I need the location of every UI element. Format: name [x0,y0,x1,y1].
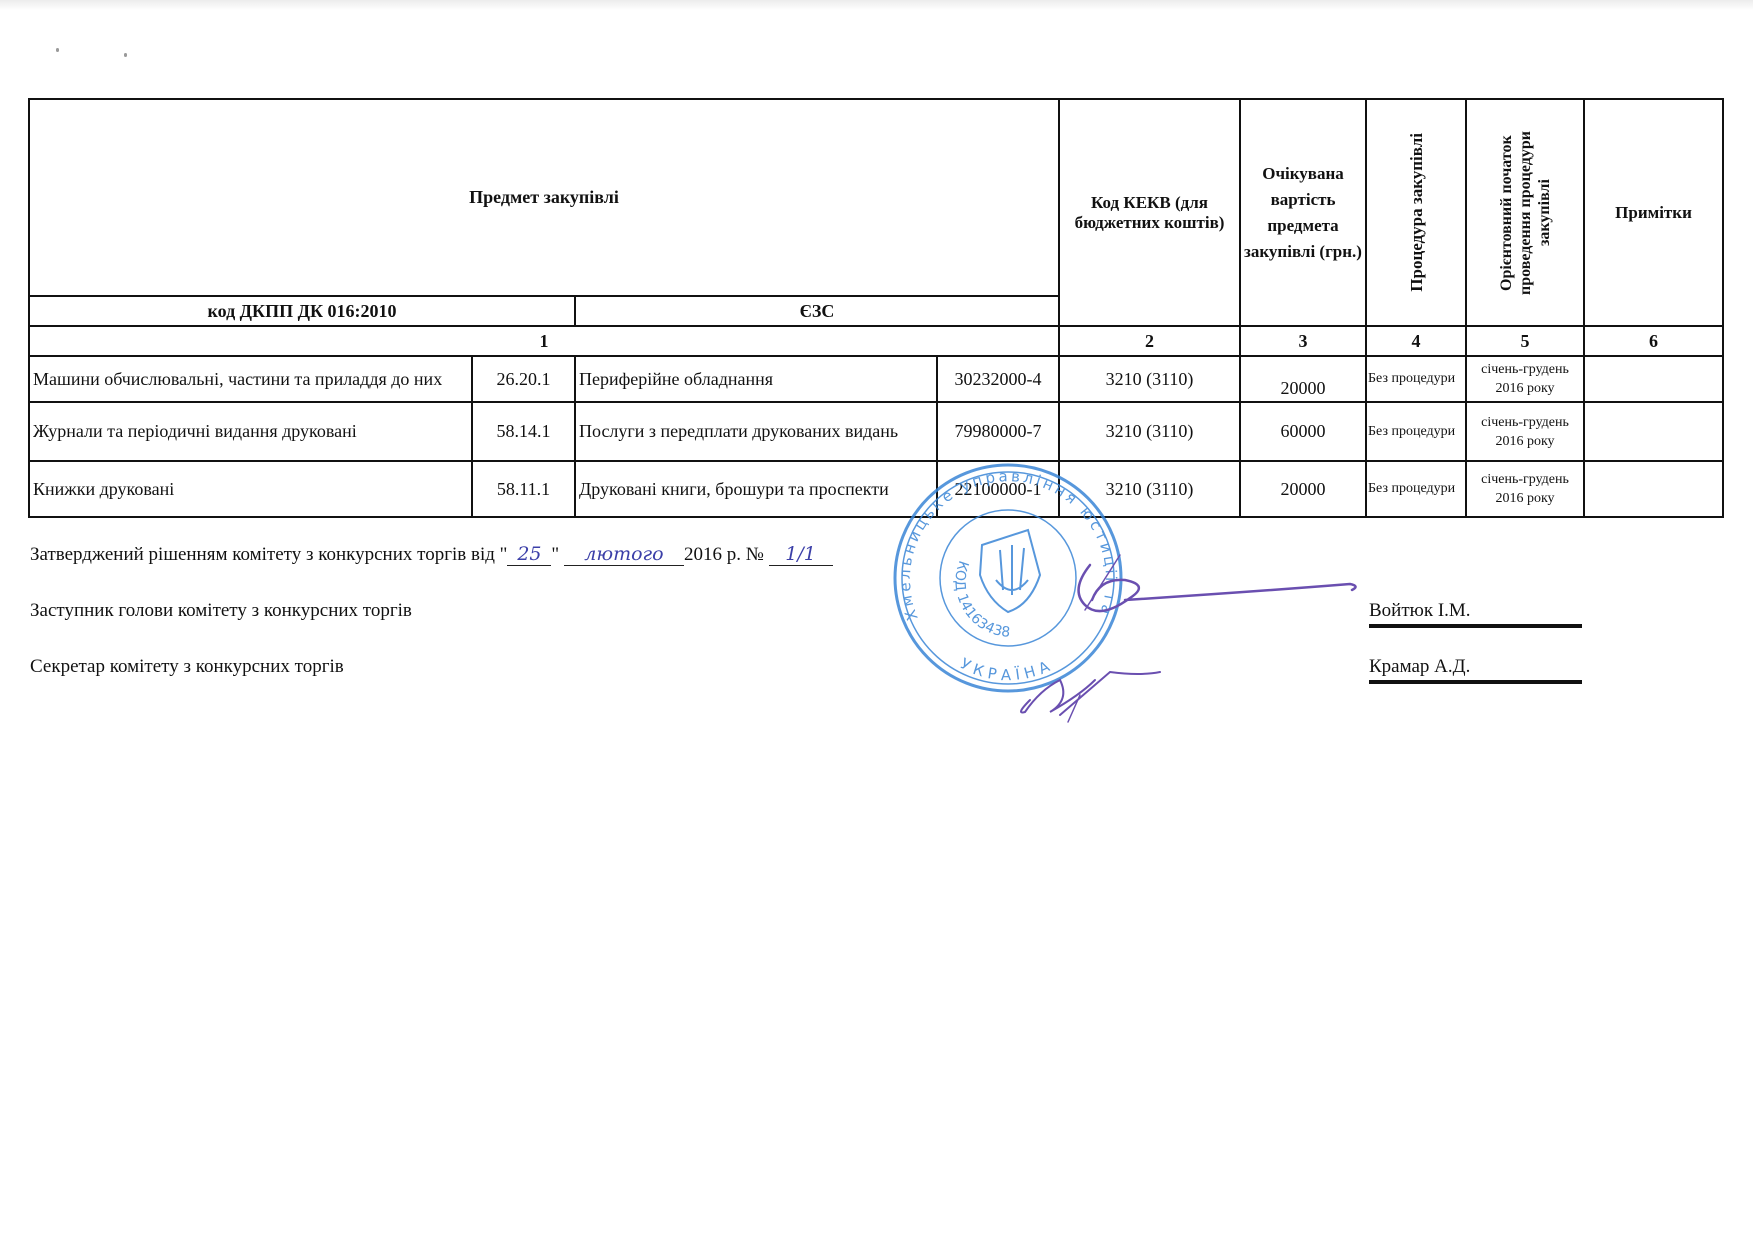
header-start-cell: Орієнтовний початок проведення процедури… [1466,99,1584,326]
ezs-name: Периферійне обладнання [575,356,937,402]
start-period-year: 2016 року [1470,432,1580,451]
procurement-plan-table: Предмет закупівлі Код КЕКВ (для бюджетни… [28,98,1724,518]
cost: 60000 [1240,402,1366,461]
approval-line: Затверджений рішенням комітету з конкурс… [30,543,833,566]
ezs-name: Друковані книги, брошури та проспекти [575,461,937,517]
kekv: 3210 (3110) [1059,402,1240,461]
notes [1584,461,1723,517]
scan-top-shadow [0,0,1753,10]
header-expected-cost: Очікувана вартість предмета закупівлі (г… [1240,99,1366,326]
header-notes: Примітки [1584,99,1723,326]
start-period-year: 2016 року [1470,379,1580,398]
svg-text:КОД 14163438: КОД 14163438 [951,559,1011,641]
column-number-4: 4 [1366,326,1466,356]
header-start: Орієнтовний початок проведення процедури… [1497,108,1554,318]
approval-prefix: Затверджений рішенням комітету з конкурс… [30,544,507,565]
svg-text:УКРАЇНА: УКРАЇНА [957,654,1056,684]
header-procedure: Процедура закупівлі [1407,133,1426,292]
dkpp-name: Машини обчислювальні, частини та приладд… [29,356,472,402]
table-row: Машини обчислювальні, частини та приладд… [29,356,1723,402]
approval-quote: " [551,544,559,565]
scan-speck [56,48,59,52]
signature-name-secretary: Крамар А.Д. [1369,656,1582,684]
dkpp-code: 58.14.1 [472,402,575,461]
start-period: січень-грудень2016 року [1466,461,1584,517]
dkpp-code: 26.20.1 [472,356,575,402]
procedure: Без процедури [1366,461,1466,517]
header-dkpp-code: код ДКПП ДК 016:2010 [29,296,575,326]
table-row: Журнали та періодичні видання друковані … [29,402,1723,461]
column-number-1: 1 [29,326,1059,356]
column-number-6: 6 [1584,326,1723,356]
procedure: Без процедури [1366,402,1466,461]
start-period-months: січень-грудень [1470,470,1580,489]
header-ezs: ЄЗС [575,296,1059,326]
signature-secretary [1021,672,1160,722]
start-period-year: 2016 року [1470,489,1580,508]
signature-deputy [1079,555,1356,611]
cost: 20000 [1240,461,1366,517]
kekv: 3210 (3110) [1059,461,1240,517]
approval-year: 2016 р. № [684,544,764,565]
start-period-months: січень-грудень [1470,413,1580,432]
kekv: 3210 (3110) [1059,356,1240,402]
table-row: Книжки друковані 58.11.1 Друковані книги… [29,461,1723,517]
column-number-5: 5 [1466,326,1584,356]
dkpp-code: 58.11.1 [472,461,575,517]
approval-number: 1/1 [769,543,833,566]
dkpp-name: Книжки друковані [29,461,472,517]
scan-speck [124,53,127,57]
dkpp-name: Журнали та періодичні видання друковані [29,402,472,461]
approval-month: лютого [564,543,684,566]
header-kekv: Код КЕКВ (для бюджетних коштів) [1059,99,1240,326]
start-period: січень-грудень2016 року [1466,402,1584,461]
stamp-bottom-text: УКРАЇНА [957,654,1056,684]
start-period-months: січень-грудень [1470,360,1580,379]
cost: 20000 [1240,356,1366,402]
procedure: Без процедури [1366,356,1466,402]
start-period: січень-грудень2016 року [1466,356,1584,402]
signature-name-deputy: Войтюк І.М. [1369,600,1582,628]
trident-emblem-icon [980,530,1040,612]
header-procedure-cell: Процедура закупівлі [1366,99,1466,326]
signature-role-deputy: Заступник голови комітету з конкурсних т… [30,600,412,622]
signature-role-secretary: Секретар комітету з конкурсних торгів [30,656,344,678]
ezs-name: Послуги з передплати друкованих видань [575,402,937,461]
column-number-2: 2 [1059,326,1240,356]
notes [1584,356,1723,402]
notes [1584,402,1723,461]
column-number-3: 3 [1240,326,1366,356]
ezs-code: 22100000-1 [937,461,1059,517]
approval-day: 25 [507,543,551,566]
header-subject: Предмет закупівлі [29,99,1059,296]
stamp-code: КОД 14163438 [951,559,1011,641]
ezs-code: 30232000-4 [937,356,1059,402]
ezs-code: 79980000-7 [937,402,1059,461]
